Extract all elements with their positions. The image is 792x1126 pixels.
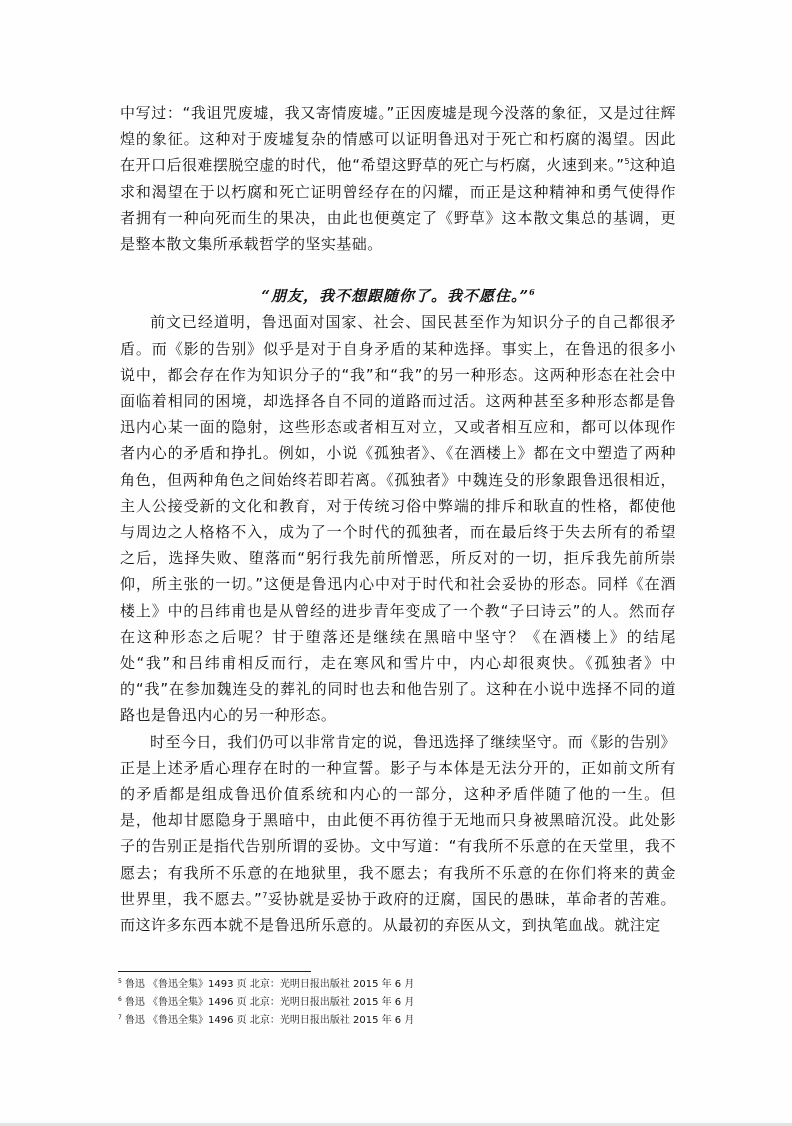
section-heading-text: “朋友，我不想跟随你了。我不愿住。” — [261, 287, 529, 305]
paragraph-text: 中写过：“我诅咒废墟，我又寄情废墟。”正因废墟是现今没落的象征，又是过往辉煌的象… — [120, 104, 676, 174]
paragraph: 前文已经道明，鲁迅面对国家、社会、国民甚至作为知识分子的自己都很矛盾。而《影的告… — [120, 309, 676, 728]
paragraph-text: 前文已经道明，鲁迅面对国家、社会、国民甚至作为知识分子的自己都很矛盾。而《影的告… — [120, 313, 676, 724]
paragraph: 时至今日，我们仍可以非常肯定的说，鲁迅选择了继续坚守。而《影的告别》正是上述矛盾… — [120, 729, 676, 939]
footnote-5: 5鲁迅 《鲁迅全集》1493 页 北京：光明日报出版社 2015 年 6 月 — [118, 976, 414, 994]
footnote-text: 鲁迅 《鲁迅全集》1493 页 北京：光明日报出版社 2015 年 6 月 — [125, 979, 415, 990]
document-page: 中写过：“我诅咒废墟，我又寄情废墟。”正因废墟是现今没落的象征，又是过往辉煌的象… — [0, 0, 792, 1123]
section-heading: “朋友，我不想跟随你了。我不愿住。”6 — [120, 283, 676, 309]
footnote-text: 鲁迅 《鲁迅全集》1496 页 北京：光明日报出版社 2015 年 6 月 — [125, 1015, 415, 1026]
paragraph-text: 时至今日，我们仍可以非常肯定的说，鲁迅选择了继续坚守。而《影的告别》正是上述矛盾… — [120, 733, 676, 908]
footnote-ref[interactable]: 6 — [529, 287, 535, 297]
footnote-number: 7 — [118, 1014, 122, 1021]
footnote-number: 5 — [118, 978, 122, 985]
body-text: 中写过：“我诅咒废墟，我又寄情废墟。”正因废墟是现今没落的象征，又是过往辉煌的象… — [120, 100, 676, 938]
footnote-7: 7鲁迅 《鲁迅全集》1496 页 北京：光明日报出版社 2015 年 6 月 — [118, 1012, 414, 1030]
footnote-6: 6鲁迅 《鲁迅全集》1496 页 北京：光明日报出版社 2015 年 6 月 — [118, 994, 414, 1012]
footnote-separator — [118, 971, 311, 972]
footnote-text: 鲁迅 《鲁迅全集》1496 页 北京：光明日报出版社 2015 年 6 月 — [125, 997, 415, 1008]
footnotes: 5鲁迅 《鲁迅全集》1493 页 北京：光明日报出版社 2015 年 6 月 6… — [118, 976, 414, 1030]
paragraph-continuation: 中写过：“我诅咒废墟，我又寄情废墟。”正因废墟是现今没落的象征，又是过往辉煌的象… — [120, 100, 676, 257]
footnote-number: 6 — [118, 996, 122, 1003]
